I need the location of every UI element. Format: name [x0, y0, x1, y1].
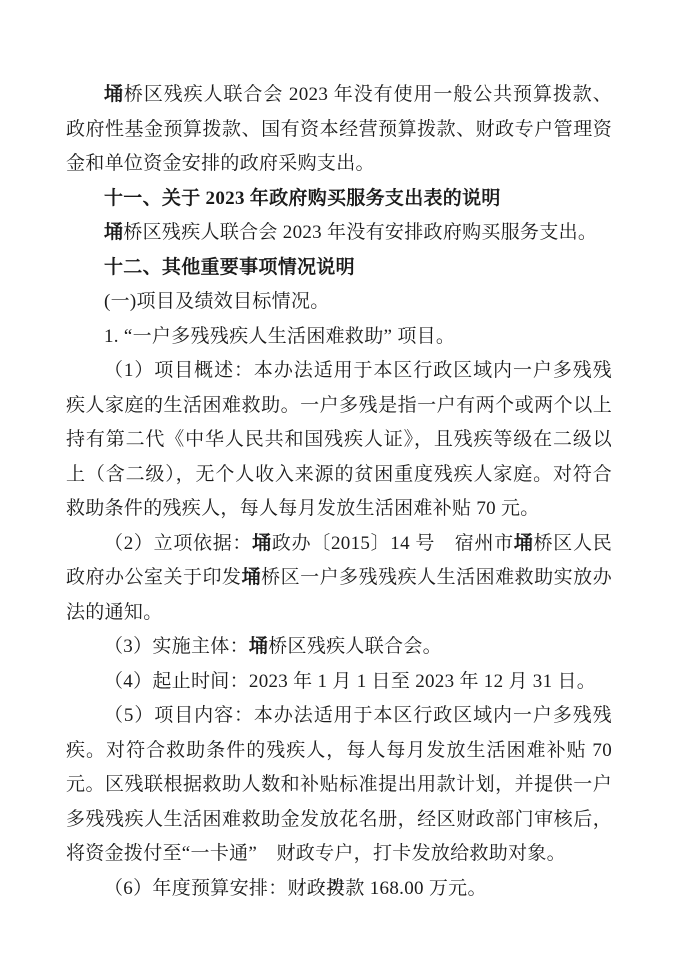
paragraph-procurement-none: 埇桥区残疾人联合会 2023 年没有使用一般公共预算拨款、政府性基金预算拨款、国… [66, 78, 612, 182]
paragraph-item-4-duration: （4）起止时间：2023 年 1 月 1 日至 2023 年 12 月 31 日… [66, 665, 612, 700]
paragraph-item-2-basis: （2）立项依据：埇政办〔2015〕14 号 宿州市埇桥区人民政府办公室关于印发埇… [66, 527, 612, 631]
page-number: - 21 - [0, 874, 674, 898]
paragraph-project-1-title: 1. “一户多残残疾人生活困难救助” 项目。 [66, 320, 612, 355]
paragraph-item-5-content: （5）项目内容：本办法适用于本区行政区域内一户多残残疾。对符合救助条件的残疾人，… [66, 699, 612, 872]
document-page: 埇桥区残疾人联合会 2023 年没有使用一般公共预算拨款、政府性基金预算拨款、国… [0, 0, 674, 954]
paragraph-item-1-overview: （1）项目概述：本办法适用于本区行政区域内一户多残残疾人家庭的生活困难救助。一户… [66, 354, 612, 527]
section-heading-12: 十二、其他重要事项情况说明 [66, 251, 612, 286]
paragraph-subsection-1-title: (一)项目及绩效目标情况。 [66, 285, 612, 320]
document-body: 埇桥区残疾人联合会 2023 年没有使用一般公共预算拨款、政府性基金预算拨款、国… [66, 78, 612, 906]
section-heading-11: 十一、关于 2023 年政府购买服务支出表的说明 [66, 182, 612, 217]
paragraph-purchase-service-none: 埇桥区残疾人联合会 2023 年没有安排政府购买服务支出。 [66, 216, 612, 251]
paragraph-item-3-implementer: （3）实施主体：埇桥区残疾人联合会。 [66, 630, 612, 665]
